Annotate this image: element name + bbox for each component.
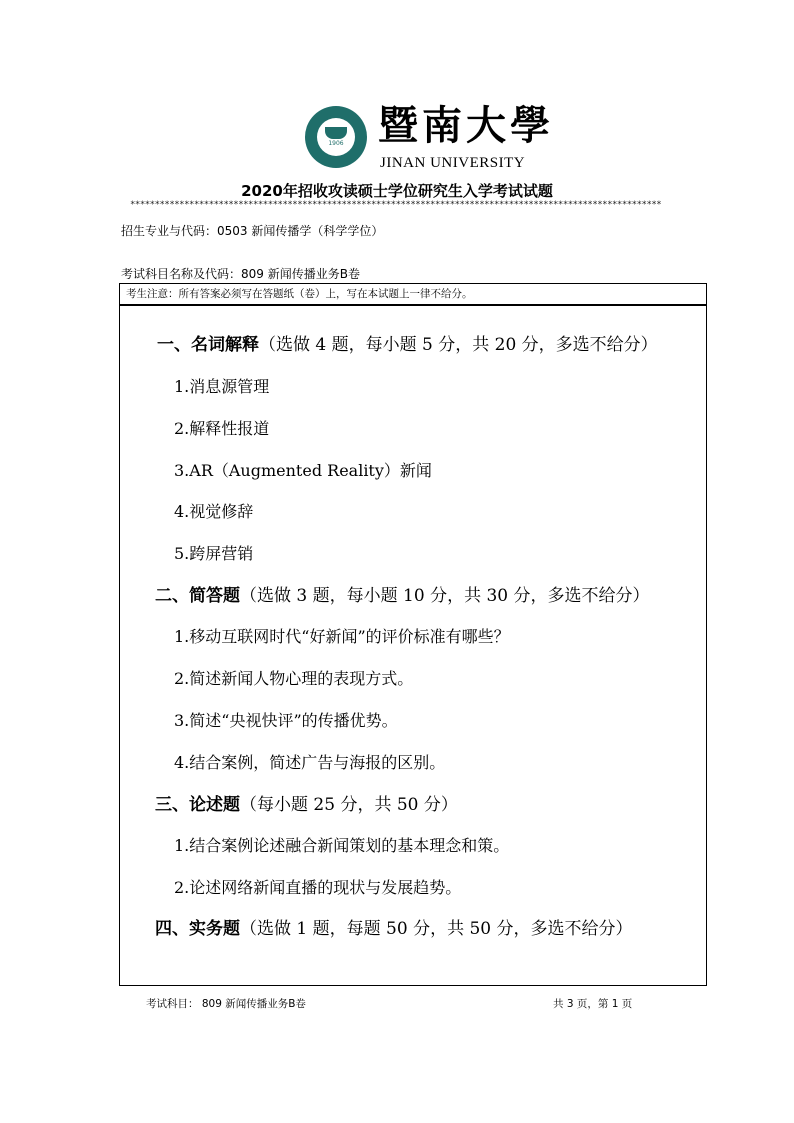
section-note: （选做 4 题，每小题 5 分，共 20 分，多选不给分） xyxy=(259,335,658,355)
section-3-heading: 三、论述题（每小题 25 分，共 50 分） xyxy=(155,790,458,815)
separator: ****************************************… xyxy=(130,200,700,210)
footer-subject: 考试科目： 809 新闻传播业务B卷 xyxy=(146,996,306,1011)
subject-label: 考试科目名称及代码： xyxy=(121,267,241,281)
university-header: 1906 暨南大學 JINAN UNIVERSITY xyxy=(0,104,794,176)
list-item: 2.简述新闻人物心理的表现方式。 xyxy=(174,666,413,689)
section-title: 实务题 xyxy=(189,919,240,939)
exam-title: 2020年招收攻读硕士学位研究生入学考试试题 xyxy=(0,180,794,201)
list-item: 5.跨屏营销 xyxy=(174,541,253,564)
boat-emblem-icon xyxy=(325,127,347,139)
university-name-cn: 暨南大學 xyxy=(378,104,554,148)
section-title: 简答题 xyxy=(189,586,240,606)
section-note: （选做 1 题，每题 50 分，共 50 分，多选不给分） xyxy=(240,919,633,939)
section-title: 论述题 xyxy=(189,795,240,815)
list-item: 4.视觉修辞 xyxy=(174,499,253,522)
list-item: 1.移动互联网时代“好新闻”的评价标准有哪些？ xyxy=(174,624,510,647)
section-number: 四、 xyxy=(155,919,189,939)
section-number: 三、 xyxy=(155,795,189,815)
major-label: 招生专业与代码： xyxy=(121,224,217,238)
section-number: 一、 xyxy=(157,335,191,355)
footer-page-info: 共 3 页，第 1 页 xyxy=(553,996,632,1011)
subject-value: 809 新闻传播业务B卷 xyxy=(241,267,360,281)
major-value: 0503 新闻传播学（科学学位） xyxy=(217,224,383,238)
university-seal-icon: 1906 xyxy=(305,106,367,168)
section-note: （选做 3 题，每小题 10 分，共 30 分，多选不给分） xyxy=(240,586,650,606)
section-note: （每小题 25 分，共 50 分） xyxy=(240,795,458,815)
section-4-heading: 四、实务题（选做 1 题，每题 50 分，共 50 分，多选不给分） xyxy=(155,914,633,939)
section-title: 名词解释 xyxy=(191,335,259,355)
list-item: 2.解释性报道 xyxy=(174,416,269,439)
list-item: 3.简述“央视快评”的传播优势。 xyxy=(174,708,398,731)
list-item: 3.AR（Augmented Reality）新闻 xyxy=(174,458,432,481)
section-2-heading: 二、简答题（选做 3 题，每小题 10 分，共 30 分，多选不给分） xyxy=(155,581,650,606)
list-item: 4.结合案例，简述广告与海报的区别。 xyxy=(174,750,445,773)
university-name-en: JINAN UNIVERSITY xyxy=(380,154,525,172)
section-number: 二、 xyxy=(155,586,189,606)
notice: 考生注意：所有答案必须写在答题纸（卷）上，写在本试题上一律不给分。 xyxy=(120,284,706,306)
major-line: 招生专业与代码：0503 新闻传播学（科学学位） xyxy=(121,222,383,239)
seal-year: 1906 xyxy=(328,140,343,147)
list-item: 1.结合案例论述融合新闻策划的基本理念和策。 xyxy=(174,833,509,856)
list-item: 1.消息源管理 xyxy=(174,374,269,397)
list-item: 2.论述网络新闻直播的现状与发展趋势。 xyxy=(174,875,461,898)
section-1-heading: 一、名词解释（选做 4 题，每小题 5 分，共 20 分，多选不给分） xyxy=(157,330,658,355)
subject-line: 考试科目名称及代码：809 新闻传播业务B卷 xyxy=(121,265,360,282)
